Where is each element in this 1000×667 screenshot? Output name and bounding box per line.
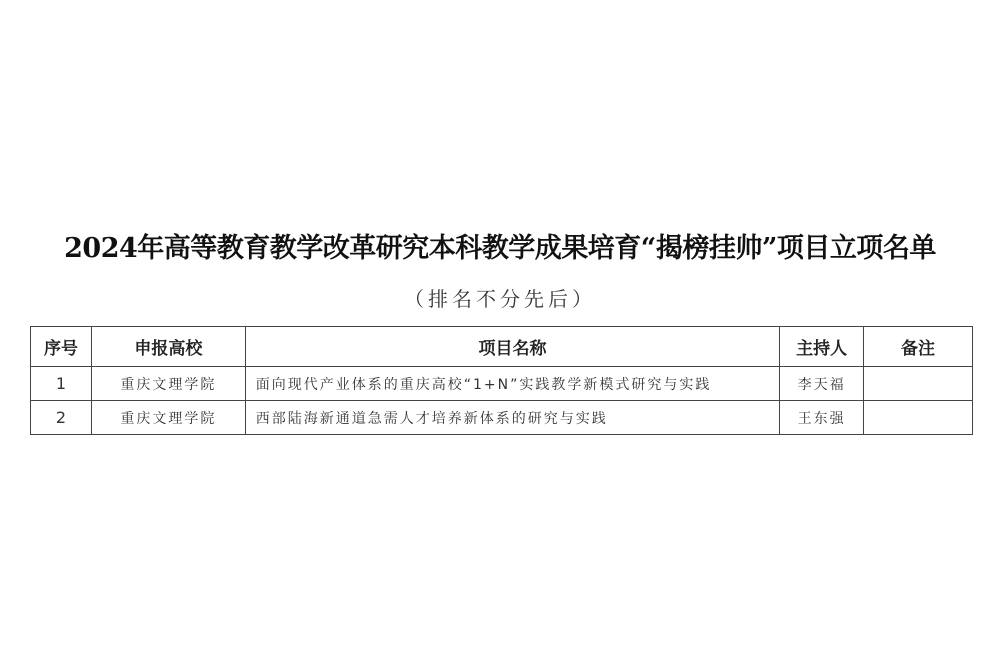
row-host: 李天福 <box>780 367 864 401</box>
column-header-index: 序号 <box>31 327 92 367</box>
project-list-table: 序号 申报高校 项目名称 主持人 备注 1 重庆文理学院 面向现代产业体系的重庆… <box>30 326 973 435</box>
row-school: 重庆文理学院 <box>91 401 245 435</box>
document-title: 2024年高等教育教学改革研究本科教学成果培育“揭榜挂帅”项目立项名单 <box>0 226 1000 265</box>
row-index: 2 <box>31 401 92 435</box>
row-host: 王东强 <box>780 401 864 435</box>
column-header-note: 备注 <box>864 327 973 367</box>
row-index: 1 <box>31 367 92 401</box>
row-project: 西部陆海新通道急需人才培养新体系的研究与实践 <box>245 401 779 435</box>
row-project: 面向现代产业体系的重庆高校“1+N”实践教学新模式研究与实践 <box>245 367 779 401</box>
row-note <box>864 367 973 401</box>
row-note <box>864 401 973 435</box>
table-row: 1 重庆文理学院 面向现代产业体系的重庆高校“1+N”实践教学新模式研究与实践 … <box>31 367 973 401</box>
document-subtitle: （排名不分先后） <box>0 283 1000 312</box>
row-school: 重庆文理学院 <box>91 367 245 401</box>
column-header-project: 项目名称 <box>245 327 779 367</box>
column-header-school: 申报高校 <box>91 327 245 367</box>
table-row: 2 重庆文理学院 西部陆海新通道急需人才培养新体系的研究与实践 王东强 <box>31 401 973 435</box>
column-header-host: 主持人 <box>780 327 864 367</box>
table-header-row: 序号 申报高校 项目名称 主持人 备注 <box>31 327 973 367</box>
